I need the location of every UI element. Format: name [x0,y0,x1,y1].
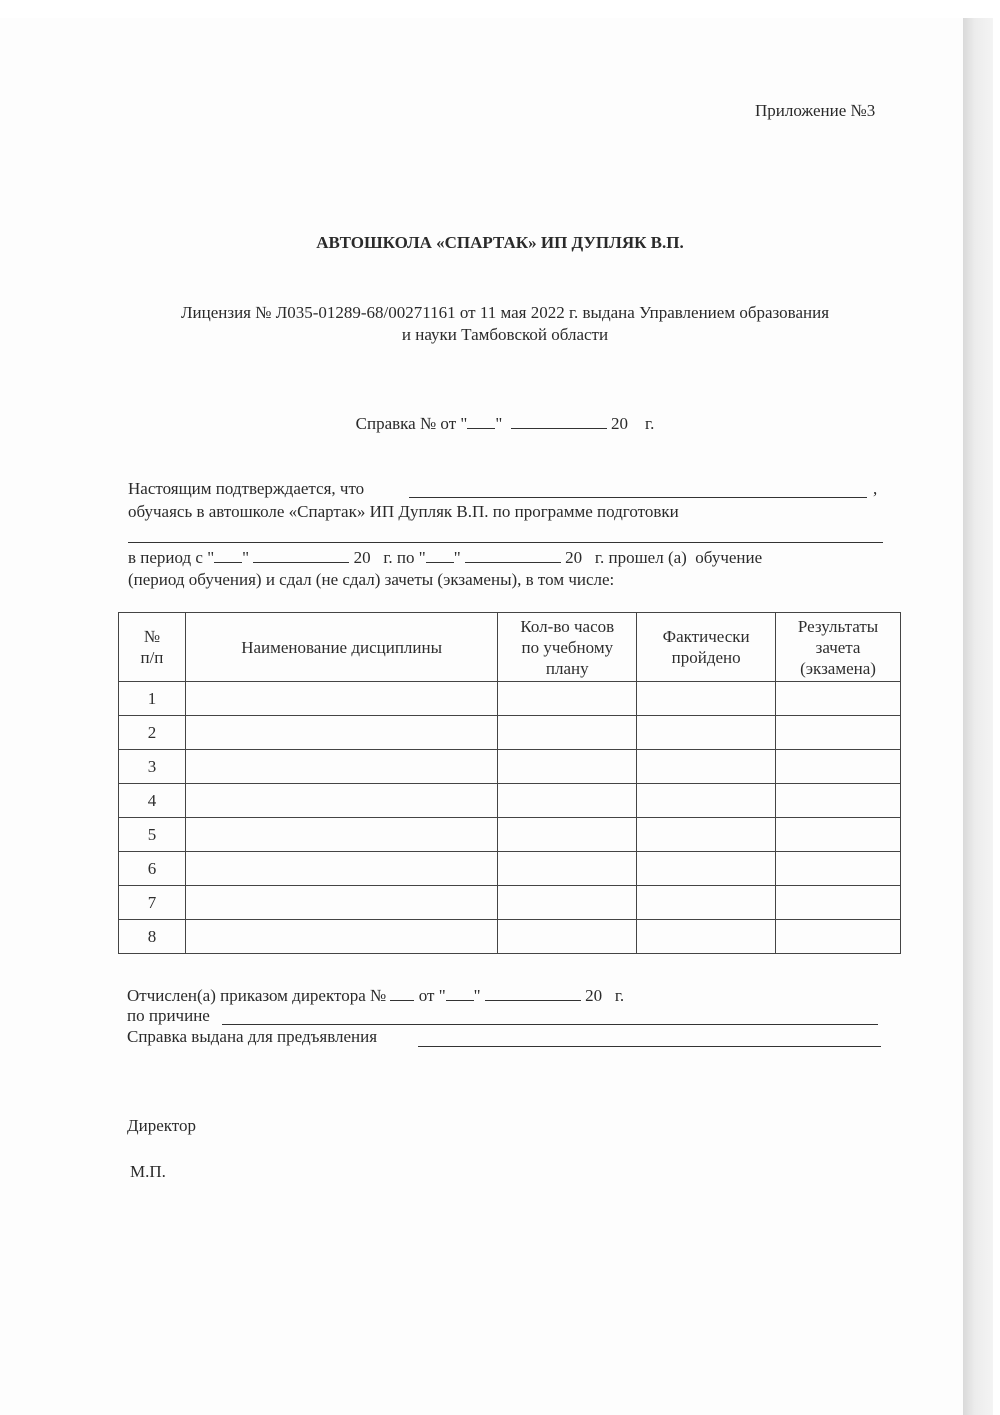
table-row: 7 [119,886,901,920]
period-line-2: (период обучения) и сдал (не сдал) зачет… [128,570,614,590]
planned-hours-cell[interactable] [498,852,637,886]
planned-hours-cell[interactable] [498,920,637,954]
scan-edge-shadow [963,18,993,1415]
disciplines-table: №п/п Наименование дисциплины Кол-во часо… [118,612,901,954]
cert-day-blank[interactable] [467,413,495,429]
period-line: в период с "" 20 г. по "" 20 г. прошел (… [128,547,762,568]
actual-cell[interactable] [637,750,776,784]
cert-month-blank[interactable] [511,413,607,429]
discipline-cell[interactable] [185,716,498,750]
appendix-label: Приложение №3 [755,101,875,121]
confirm-line: Настоящим подтверждается, что [128,479,364,499]
row-number: 6 [119,852,186,886]
actual-cell[interactable] [637,920,776,954]
table-row: 3 [119,750,901,784]
discipline-cell[interactable] [185,886,498,920]
row-number: 8 [119,920,186,954]
order-number-blank[interactable] [390,985,414,1001]
director-label: Директор [127,1116,196,1136]
order-day-blank[interactable] [446,985,474,1001]
result-cell[interactable] [776,886,901,920]
result-cell[interactable] [776,852,901,886]
planned-hours-cell[interactable] [498,818,637,852]
planned-hours-cell[interactable] [498,682,637,716]
period-start-day-blank[interactable] [214,547,242,563]
result-cell[interactable] [776,716,901,750]
actual-cell[interactable] [637,716,776,750]
expelled-line: Отчислен(а) приказом директора № от "" 2… [127,985,624,1006]
discipline-cell[interactable] [185,784,498,818]
row-number: 3 [119,750,186,784]
program-name-blank[interactable] [128,542,883,543]
period-end-day-blank[interactable] [426,547,454,563]
header-exam-results: Результатызачета(экзамена) [776,613,901,682]
result-cell[interactable] [776,920,901,954]
comma: , [873,479,877,499]
row-number: 1 [119,682,186,716]
period-start-month-blank[interactable] [253,547,349,563]
table-row: 4 [119,784,901,818]
result-cell[interactable] [776,818,901,852]
certificate-number-line: Справка № от "" 20 г. [0,413,1000,434]
result-cell[interactable] [776,784,901,818]
table-row: 6 [119,852,901,886]
discipline-cell[interactable] [185,920,498,954]
header-discipline: Наименование дисциплины [185,613,498,682]
row-number: 7 [119,886,186,920]
discipline-cell[interactable] [185,852,498,886]
actual-cell[interactable] [637,784,776,818]
reason-label: по причине [127,1006,210,1026]
header-planned-hours: Кол-во часовпо учебномуплану [498,613,637,682]
license-line-2: и науки Тамбовской области [0,324,1000,346]
license-line-1: Лицензия № Л035-01289-68/00271161 от 11 … [0,302,1000,324]
table-row: 1 [119,682,901,716]
actual-cell[interactable] [637,682,776,716]
table-row: 8 [119,920,901,954]
program-line: обучаясь в автошколе «Спартак» ИП Дупляк… [128,502,679,522]
order-month-blank[interactable] [485,985,581,1001]
discipline-cell[interactable] [185,682,498,716]
table-row: 2 [119,716,901,750]
discipline-cell[interactable] [185,818,498,852]
actual-cell[interactable] [637,818,776,852]
issued-for-label: Справка выдана для предъявления [127,1027,377,1047]
result-cell[interactable] [776,750,901,784]
reason-blank[interactable] [222,1024,878,1025]
result-cell[interactable] [776,682,901,716]
actual-cell[interactable] [637,852,776,886]
planned-hours-cell[interactable] [498,886,637,920]
table-row: 5 [119,818,901,852]
planned-hours-cell[interactable] [498,750,637,784]
period-end-month-blank[interactable] [465,547,561,563]
actual-cell[interactable] [637,886,776,920]
table-header-row: №п/п Наименование дисциплины Кол-во часо… [119,613,901,682]
planned-hours-cell[interactable] [498,716,637,750]
stamp-label: М.П. [130,1162,166,1182]
planned-hours-cell[interactable] [498,784,637,818]
row-number: 4 [119,784,186,818]
discipline-cell[interactable] [185,750,498,784]
school-title: АВТОШКОЛА «СПАРТАК» ИП ДУПЛЯК В.П. [0,233,1000,253]
header-number: №п/п [119,613,186,682]
row-number: 5 [119,818,186,852]
student-name-blank[interactable] [409,497,867,498]
issued-for-blank[interactable] [418,1046,881,1047]
row-number: 2 [119,716,186,750]
header-actual-completed: Фактическипройдено [637,613,776,682]
license-info: Лицензия № Л035-01289-68/00271161 от 11 … [0,302,1000,346]
